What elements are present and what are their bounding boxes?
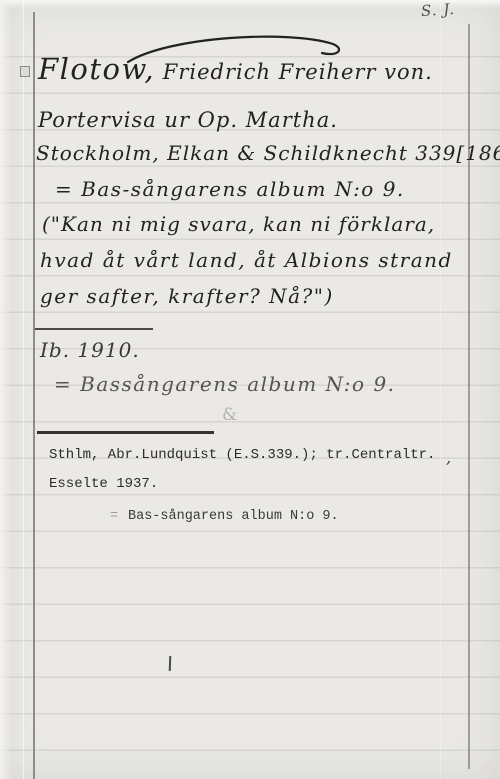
handwritten-divider-2 bbox=[37, 431, 214, 434]
quote-line-1: ("Kan ni mig svara, kan ni förklara, bbox=[42, 212, 435, 236]
typed-series-line: Bas-sångarens album N:o 9. bbox=[128, 509, 339, 524]
catalog-card-scan: S. J. Flotow, Friedrich Freiherr von. Po… bbox=[0, 0, 500, 779]
scan-edge-left bbox=[0, 0, 12, 779]
handwritten-comma: , bbox=[446, 448, 452, 467]
composer-heading: Flotow, Friedrich Freiherr von. bbox=[38, 52, 433, 86]
typed-printer-line: Esselte 1937. bbox=[49, 476, 158, 492]
typed-imprint-line: Sthlm, Abr.Lundquist (E.S.339.); tr.Cent… bbox=[49, 447, 435, 463]
composer-surname: Flotow, bbox=[38, 52, 155, 86]
quote-line-3: ger safter, krafter? Nå?") bbox=[40, 284, 334, 308]
paper-crease-right bbox=[440, 0, 441, 779]
series-line: = Bas-sångarens album N:o 9. bbox=[55, 177, 405, 201]
margin-rule-left bbox=[33, 12, 35, 779]
imprint-line: Stockholm, Elkan & Schildknecht 339[1866… bbox=[36, 141, 500, 165]
work-title-line: Portervisa ur Op. Martha. bbox=[38, 108, 338, 132]
stray-ink-mark bbox=[169, 656, 172, 671]
margin-rule-right bbox=[468, 24, 470, 769]
typed-equals-sign: = bbox=[110, 509, 118, 524]
paper-crease-left bbox=[23, 0, 24, 779]
quote-line-2: hvad åt vårt land, åt Albions strand bbox=[40, 248, 453, 272]
pencil-ampersand-mark: & bbox=[222, 405, 238, 425]
addition-source-line: Ib. 1910. bbox=[40, 338, 140, 362]
handwritten-divider-1 bbox=[35, 328, 153, 330]
addition-series-line: = Bassångarens album N:o 9. bbox=[54, 372, 396, 396]
composer-name-rest: Friedrich Freiherr von. bbox=[155, 60, 433, 84]
corner-annotation: S. J. bbox=[420, 0, 455, 20]
paper-ruling-lines bbox=[0, 21, 500, 779]
binder-hole-mark bbox=[20, 66, 30, 77]
